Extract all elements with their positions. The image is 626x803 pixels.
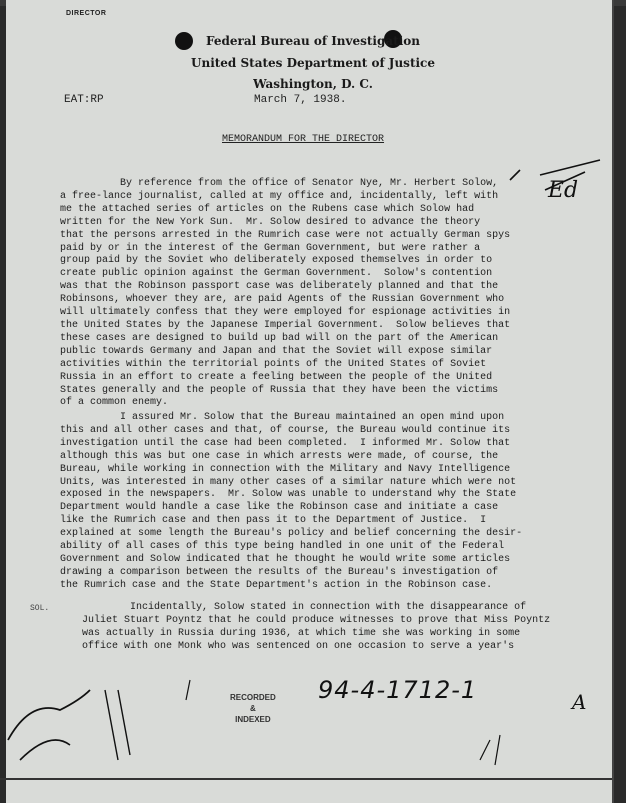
handwritten-scribbles bbox=[0, 0, 626, 803]
bottom-rule bbox=[0, 778, 612, 780]
